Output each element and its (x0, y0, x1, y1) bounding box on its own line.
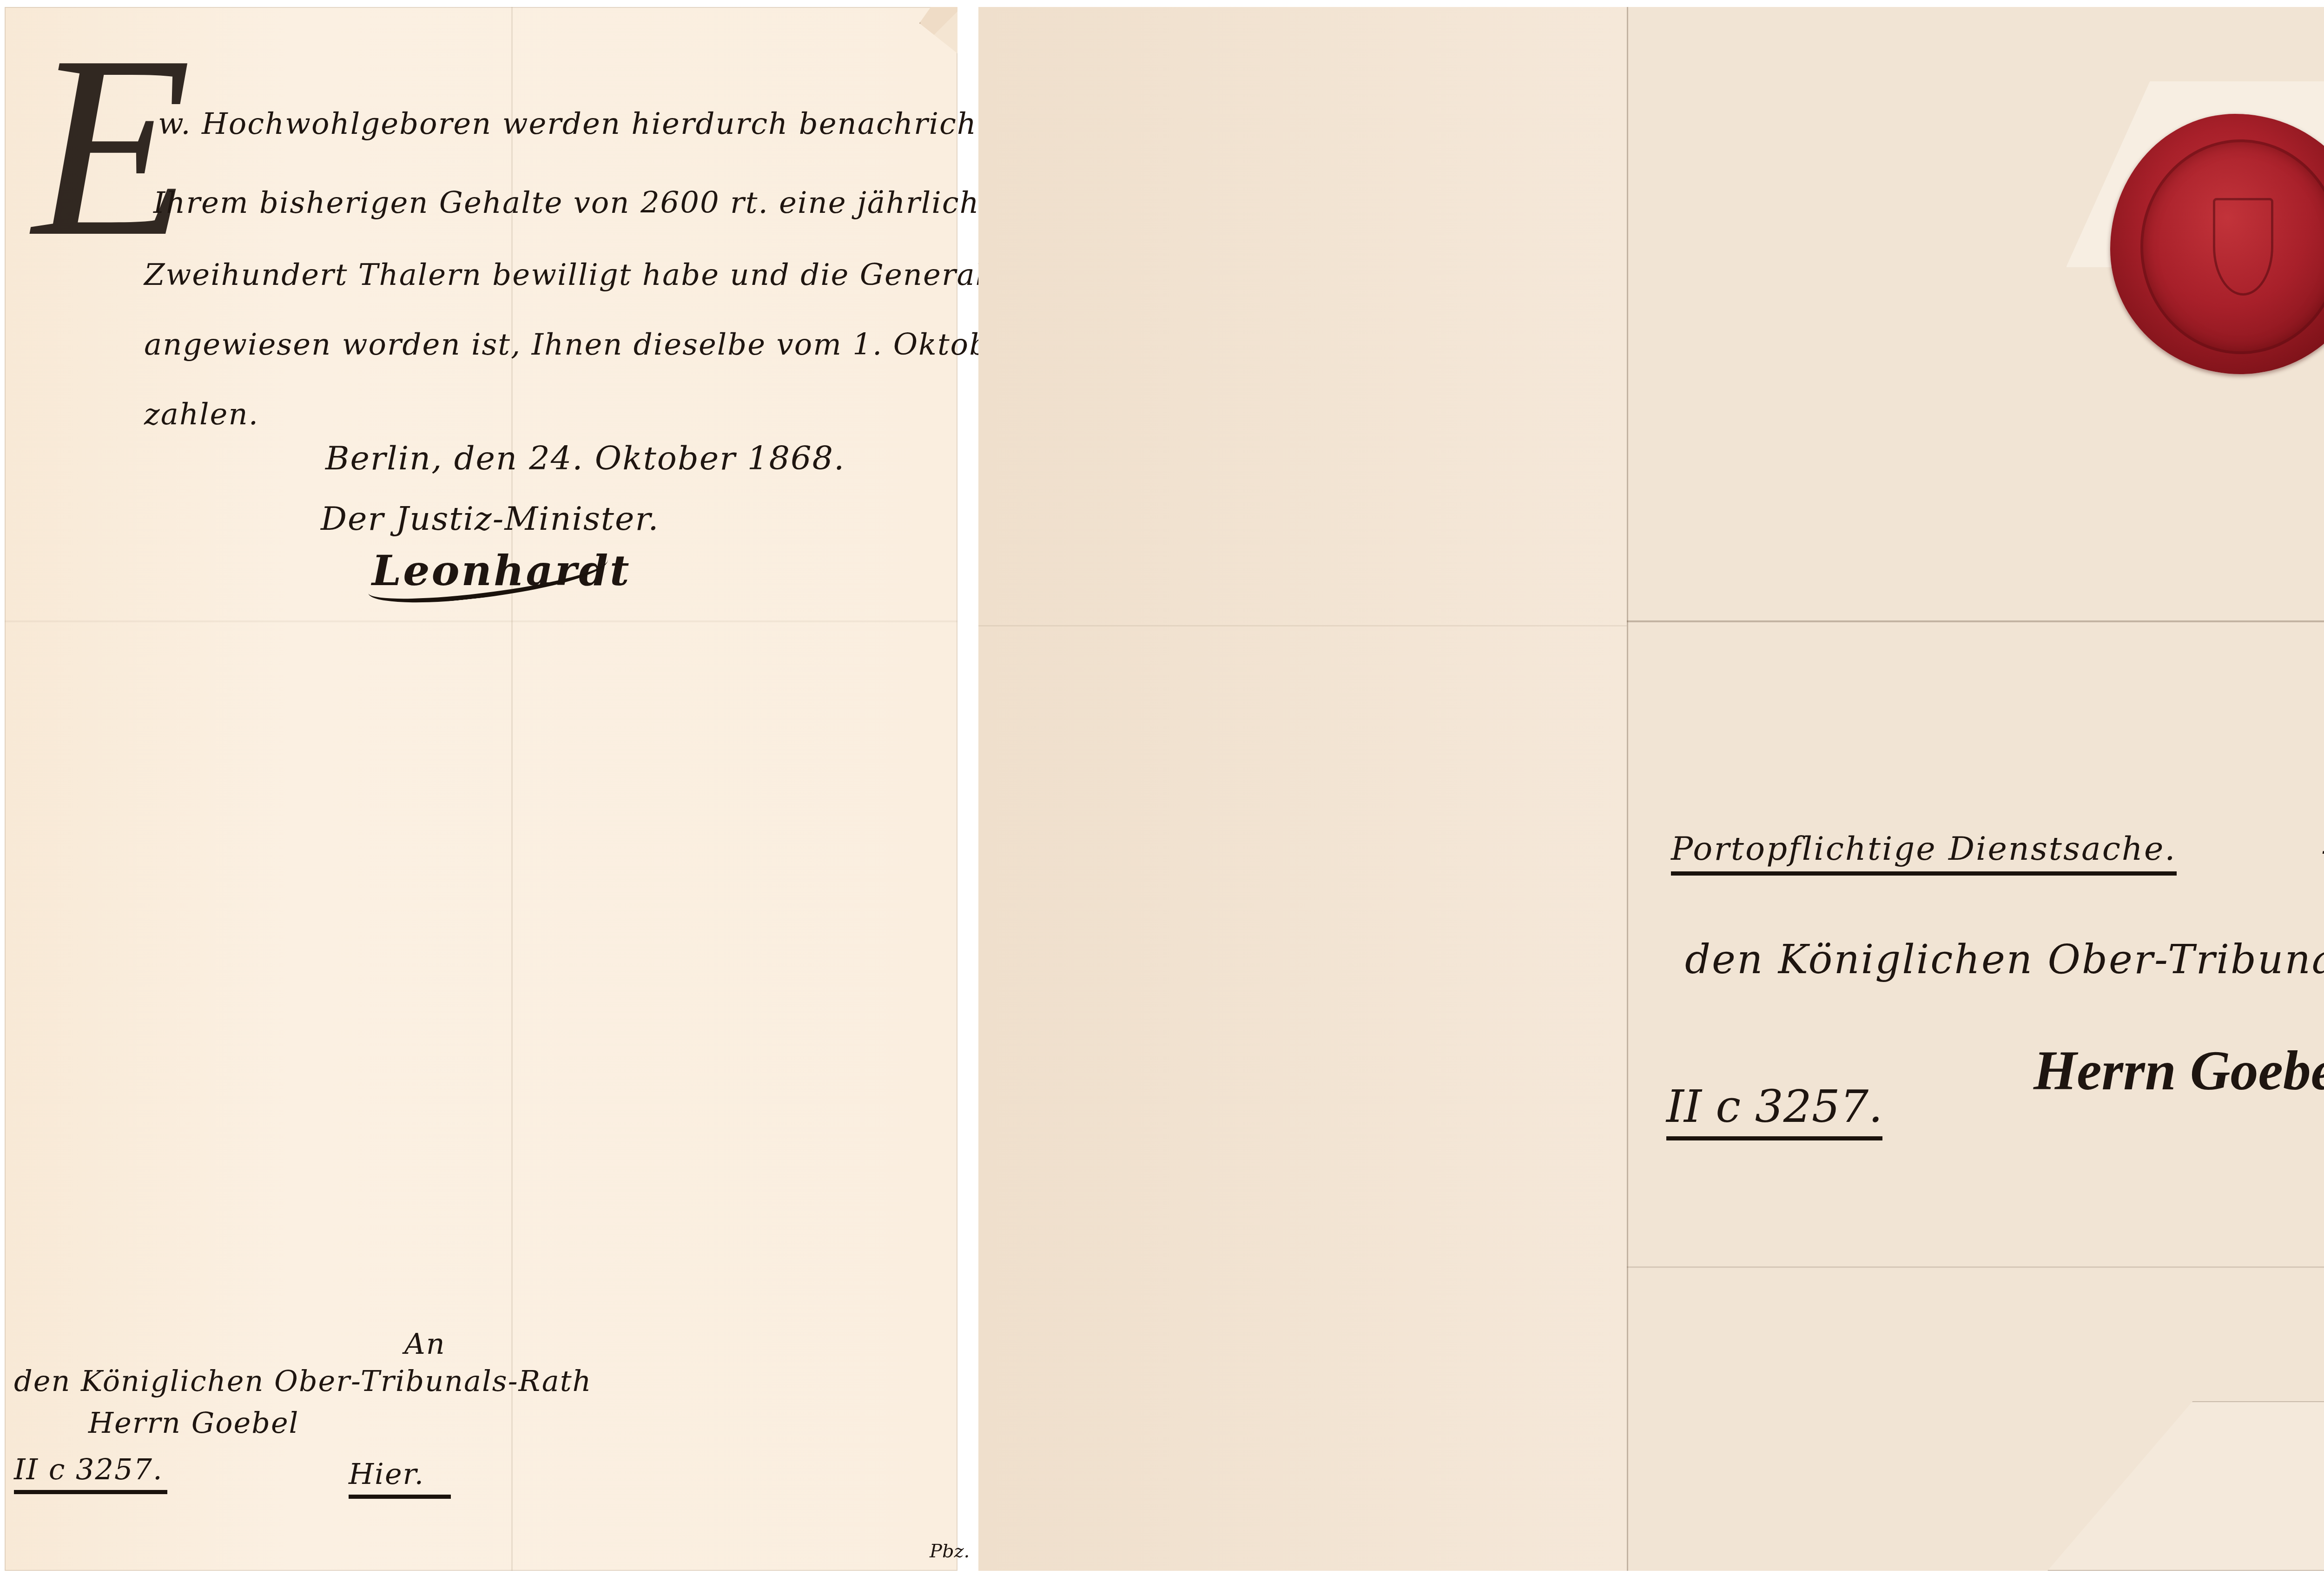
seal-crest (2213, 198, 2273, 296)
decorative-initial: E (33, 16, 191, 277)
envelope-panel-left (978, 7, 1627, 1571)
reference-number: II c 3257. (14, 1452, 167, 1494)
folded-corner (919, 7, 957, 53)
envelope-reference-number: II c 3257. (1666, 1081, 1882, 1140)
corner-mark: Pbz. (930, 1541, 970, 1562)
location: Hier. (349, 1457, 451, 1499)
letter-page: E w. Hochwohlgeboren werden hierdurch be… (5, 7, 957, 1571)
place-date: Berlin, den 24. Oktober 1868. (325, 439, 845, 477)
letter-fold-crease (5, 620, 957, 622)
sender-title: Der Justiz-Minister. (321, 500, 659, 538)
envelope-recipient-name: Herrn Goebel (2033, 1039, 2324, 1103)
letter-body-line: zahlen. (144, 397, 259, 432)
letter-fold-crease (511, 7, 513, 1571)
postage-note: Portopflichtige Dienstsache. (1671, 830, 2177, 876)
address-to: An (404, 1327, 446, 1361)
address-recipient-name: Herrn Goebel (88, 1406, 299, 1440)
envelope-recipient-title: den Königlichen Ober-Tribunals-Rath (1685, 936, 2324, 983)
vertical-fold-crease (1627, 7, 1628, 1571)
envelope-sheet: Portopflichtige Dienstsache. An den Köni… (978, 7, 2324, 1571)
horizontal-fold-crease (1627, 1266, 2324, 1268)
seal-border (2140, 139, 2324, 354)
address-recipient-title: den Königlichen Ober-Tribunals-Rath (14, 1364, 592, 1398)
horizontal-fold-crease (1627, 620, 2324, 622)
horizontal-fold-crease (978, 625, 1627, 626)
